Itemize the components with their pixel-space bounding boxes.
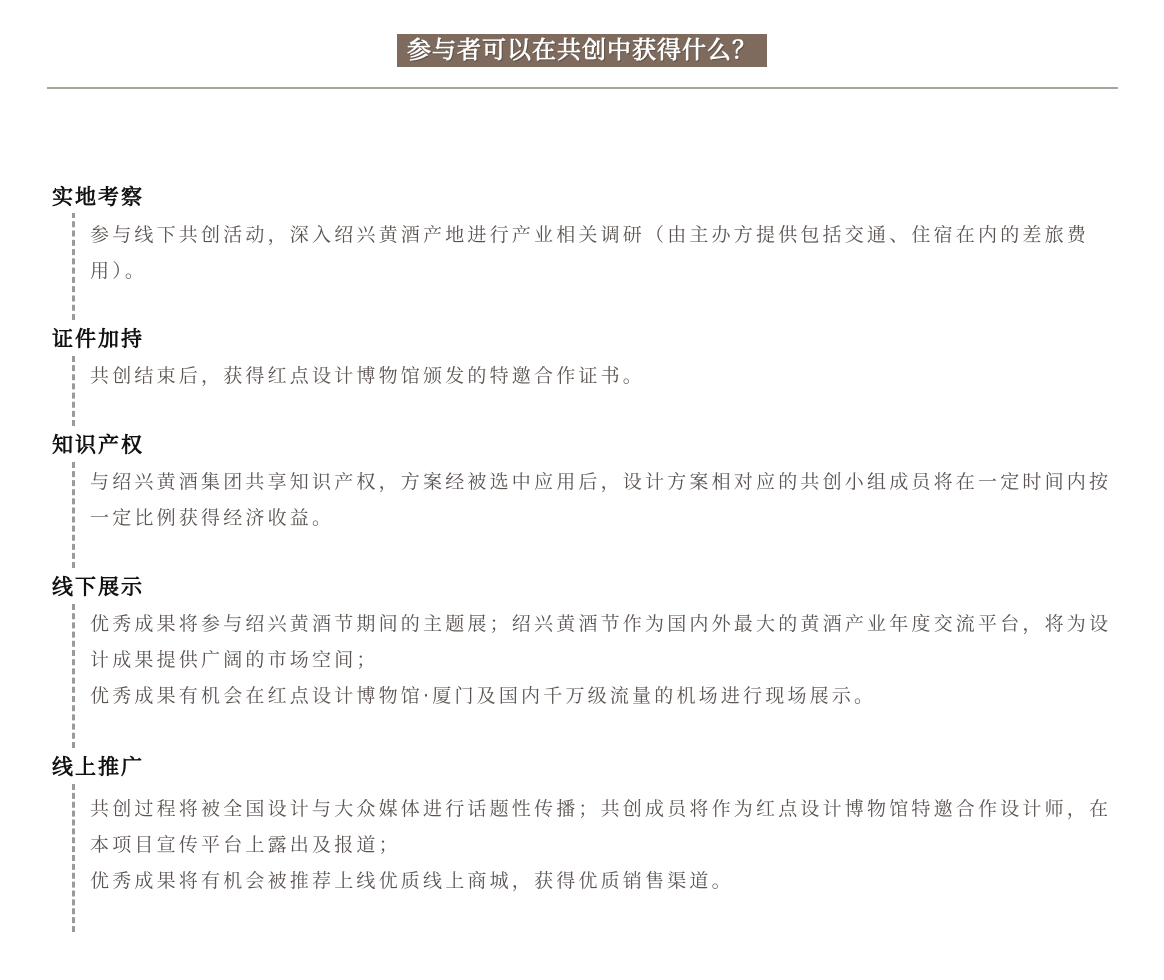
section-heading-online-promotion: 线上推广 xyxy=(52,751,148,783)
timeline-dashed-line xyxy=(72,784,75,932)
section-body-online-promotion: 共创过程将被全国设计与大众媒体进行话题性传播；共创成员将作为红点设计博物馆特邀合… xyxy=(90,791,1120,899)
section-body-field-research: 参与线下共创活动，深入绍兴黄酒产地进行产业相关调研（由主办方提供包括交通、住宿在… xyxy=(90,217,1120,289)
section-body-certificate: 共创结束后，获得红点设计博物馆颁发的特邀合作证书。 xyxy=(90,358,1120,394)
section-paragraph: 优秀成果将参与绍兴黄酒节期间的主题展；绍兴黄酒节作为国内外最大的黄酒产业年度交流… xyxy=(90,606,1120,678)
section-heading-intellectual-property: 知识产权 xyxy=(52,429,148,461)
section-heading-certificate: 证件加持 xyxy=(52,323,148,355)
section-paragraph: 优秀成果有机会在红点设计博物馆·厦门及国内千万级流量的机场进行现场展示。 xyxy=(90,678,1120,714)
section-paragraph: 参与线下共创活动，深入绍兴黄酒产地进行产业相关调研（由主办方提供包括交通、住宿在… xyxy=(90,217,1120,289)
timeline-dashed-line xyxy=(72,212,75,320)
section-heading-field-research: 实地考察 xyxy=(52,181,148,213)
section-paragraph: 共创过程将被全国设计与大众媒体进行话题性传播；共创成员将作为红点设计博物馆特邀合… xyxy=(90,791,1120,863)
section-paragraph: 与绍兴黄酒集团共享知识产权，方案经被选中应用后，设计方案相对应的共创小组成员将在… xyxy=(90,464,1120,536)
section-body-offline-exhibition: 优秀成果将参与绍兴黄酒节期间的主题展；绍兴黄酒节作为国内外最大的黄酒产业年度交流… xyxy=(90,606,1120,714)
section-paragraph: 优秀成果将有机会被推荐上线优质线上商城，获得优质销售渠道。 xyxy=(90,863,1120,899)
section-body-intellectual-property: 与绍兴黄酒集团共享知识产权，方案经被选中应用后，设计方案相对应的共创小组成员将在… xyxy=(90,464,1120,536)
timeline-dashed-line xyxy=(72,604,75,748)
timeline-dashed-line xyxy=(72,462,75,568)
section-paragraph: 共创结束后，获得红点设计博物馆颁发的特邀合作证书。 xyxy=(90,358,1120,394)
section-heading-offline-exhibition: 线下展示 xyxy=(52,571,148,603)
timeline-dashed-line xyxy=(72,356,75,426)
benefits-timeline: 实地考察 参与线下共创活动，深入绍兴黄酒产地进行产业相关调研（由主办方提供包括交… xyxy=(0,0,1164,980)
